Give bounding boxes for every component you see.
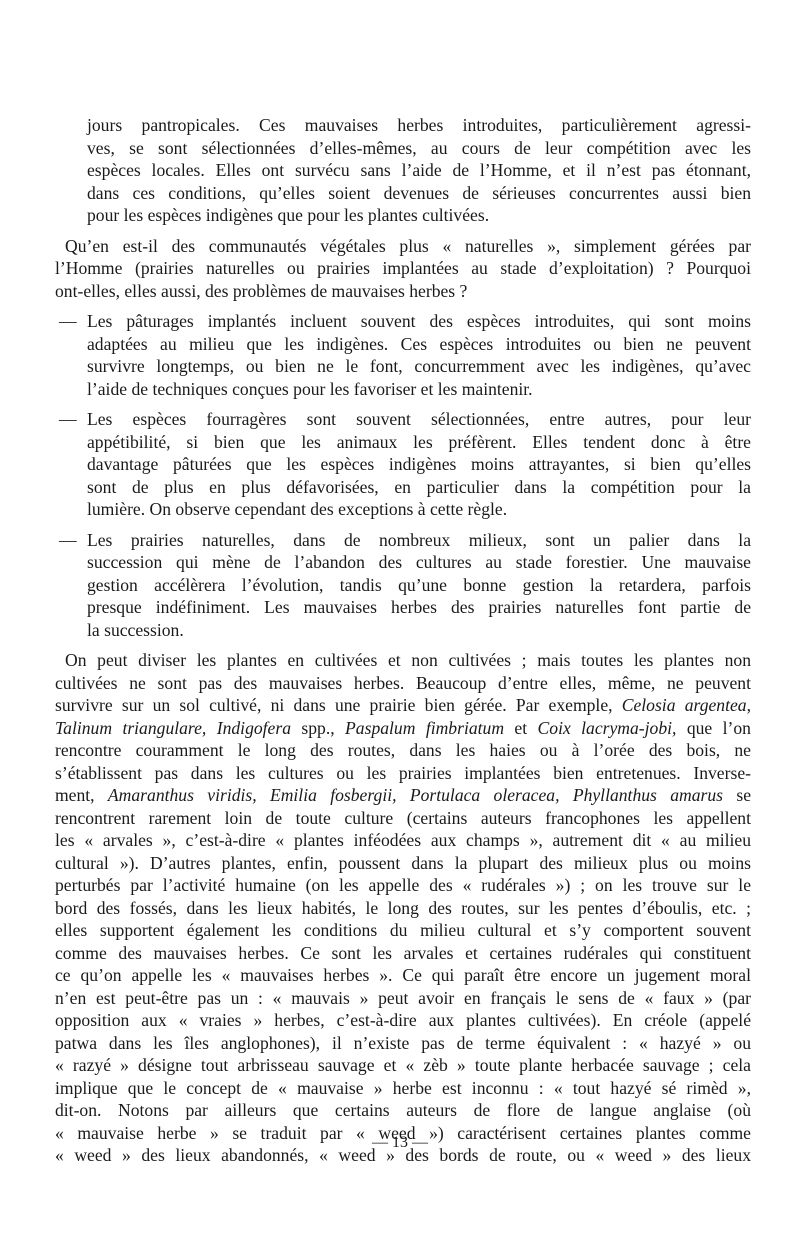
species-name: Celosia argentea (622, 695, 747, 715)
text-run: s’établissent pas dans les cultures ou l… (55, 763, 751, 783)
text-line: pour les espèces indigènes que pour les … (87, 204, 751, 227)
text-line: l’aide de techniques conçues pour les fa… (87, 378, 751, 401)
list-item: — Les prairies naturelles, dans de nombr… (55, 529, 751, 642)
page-number: — 13 — (0, 1134, 800, 1152)
text-run: perturbés par l’activité humaine (on les… (55, 875, 751, 895)
paragraph-weeds-definition: On peut diviser les plantes en cultivées… (55, 649, 751, 1167)
text-line: Qu’en est-il des communautés végétales p… (55, 235, 751, 258)
text-run: , (747, 695, 751, 715)
text-line: la succession. (87, 619, 751, 642)
em-dash-bullet: — (59, 529, 77, 552)
text-run: que l’on (676, 718, 751, 738)
text-run: cultivées ne sont pas des mauvaises herb… (55, 673, 751, 693)
text-line: lumière. On observe cependant des except… (87, 498, 751, 521)
text-line: adaptées au milieu que les indigènes. Ce… (87, 333, 751, 356)
text-run: ce qu’on appelle les « mauvaises herbes … (55, 965, 751, 985)
text-line: l’Homme (prairies naturelles ou prairies… (55, 257, 751, 280)
text-run: les « arvales », c’est-à-dire « plantes … (55, 830, 751, 850)
text-run: se (723, 785, 751, 805)
text-run: rencontre couramment le long des routes,… (55, 740, 751, 760)
text-line: bord des fossés, dans les lieux habités,… (55, 897, 751, 920)
species-name: Coix lacryma-jobi, (538, 718, 677, 738)
text-line: sont de plus en plus défavorisées, en pa… (87, 476, 751, 499)
text-line: elles supportent également les condition… (55, 919, 751, 942)
text-run: et (504, 718, 538, 738)
text-line: succession qui mène de l’abandon des cul… (87, 551, 751, 574)
text-line: « razyé » désigne tout arbrisseau sauvag… (55, 1054, 751, 1077)
text-line: jours pantropicales. Ces mauvaises herbe… (87, 114, 751, 137)
text-line: patwa dans les îles anglophones), il n’e… (55, 1032, 751, 1055)
text-line: comme des mauvaises herbes. Ce sont les … (55, 942, 751, 965)
text-run: bord des fossés, dans les lieux habités,… (55, 898, 751, 918)
text-run: implique que le concept de « mauvaise » … (55, 1078, 751, 1098)
text-line: opposition aux « vraies » herbes, c’est-… (55, 1009, 751, 1032)
text-run: elles supportent également les condition… (55, 920, 751, 940)
text-run: dit-on. Notons par ailleurs que certains… (55, 1100, 751, 1120)
paragraph-spacer (55, 227, 751, 235)
paragraph-spacer (55, 641, 751, 649)
text-line: presque indéfiniment. Les mauvaises herb… (87, 596, 751, 619)
text-line: perturbés par l’activité humaine (on les… (55, 874, 751, 897)
list-item: — Les pâturages implantés incluent souve… (55, 310, 751, 400)
species-name: Talinum triangulare, Indigofera (55, 718, 291, 738)
text-run: opposition aux « vraies » herbes, c’est-… (55, 1010, 751, 1030)
text-line: espèces locales. Elles ont survécu sans … (87, 159, 751, 182)
text-line: ce qu’on appelle les « mauvaises herbes … (55, 964, 751, 987)
list-item: — Les espèces fourragères sont souvent s… (55, 408, 751, 521)
text-run: On peut diviser les plantes en cultivées… (65, 650, 751, 670)
text-line: ment, Amaranthus viridis, Emilia fosberg… (55, 784, 751, 807)
text-line: davantage pâturées que les espèces indig… (87, 453, 751, 476)
document-page: jours pantropicales. Ces mauvaises herbe… (55, 114, 751, 1167)
text-run: rencontrent rarement loin de toute cultu… (55, 808, 751, 828)
text-line: les « arvales », c’est-à-dire « plantes … (55, 829, 751, 852)
text-line: rencontre couramment le long des routes,… (55, 739, 751, 762)
text-line: survivre longtemps, ou bien ne le font, … (87, 355, 751, 378)
text-run: n’en est peut-être pas un : « mauvais » … (55, 988, 751, 1008)
species-name: Paspalum fimbriatum (345, 718, 504, 738)
text-run: cultural »). D’autres plantes, enfin, po… (55, 853, 751, 873)
text-line: dans ces conditions, qu’elles soient dev… (87, 182, 751, 205)
text-run: ment, (55, 785, 108, 805)
text-run: « razyé » désigne tout arbrisseau sauvag… (55, 1055, 751, 1075)
text-line: implique que le concept de « mauvaise » … (55, 1077, 751, 1100)
text-line: appétibilité, si bien que les animaux le… (87, 431, 751, 454)
text-run: spp., (291, 718, 345, 738)
continued-paragraph: jours pantropicales. Ces mauvaises herbe… (55, 114, 751, 227)
text-line: s’établissent pas dans les cultures ou l… (55, 762, 751, 785)
dash-list: — Les pâturages implantés incluent souve… (55, 310, 751, 641)
text-line: Les prairies naturelles, dans de nombreu… (87, 529, 751, 552)
text-line: cultural »). D’autres plantes, enfin, po… (55, 852, 751, 875)
text-line: Les pâturages implantés incluent souvent… (87, 310, 751, 333)
text-line: Les espèces fourragères sont souvent sél… (87, 408, 751, 431)
text-line: rencontrent rarement loin de toute cultu… (55, 807, 751, 830)
species-name: Amaranthus viridis, Emilia fosbergii, Po… (108, 785, 723, 805)
text-line: ves, se sont sélectionnées d’elles-mêmes… (87, 137, 751, 160)
text-line: n’en est peut-être pas un : « mauvais » … (55, 987, 751, 1010)
text-run: survivre sur un sol cultivé, ni dans une… (55, 695, 622, 715)
paragraph-spacer (55, 302, 751, 310)
text-line: gestion accélèrera l’évolution, tandis q… (87, 574, 751, 597)
text-line: dit-on. Notons par ailleurs que certains… (55, 1099, 751, 1122)
text-run: comme des mauvaises herbes. Ce sont les … (55, 943, 751, 963)
em-dash-bullet: — (59, 408, 77, 431)
text-line: cultivées ne sont pas des mauvaises herb… (55, 672, 751, 695)
text-line: Talinum triangulare, Indigofera spp., Pa… (55, 717, 751, 740)
em-dash-bullet: — (59, 310, 77, 333)
paragraph-question: Qu’en est-il des communautés végétales p… (55, 235, 751, 303)
text-line: On peut diviser les plantes en cultivées… (55, 649, 751, 672)
text-line: ont-elles, elles aussi, des problèmes de… (55, 280, 751, 303)
text-line: survivre sur un sol cultivé, ni dans une… (55, 694, 751, 717)
text-run: patwa dans les îles anglophones), il n’e… (55, 1033, 751, 1053)
